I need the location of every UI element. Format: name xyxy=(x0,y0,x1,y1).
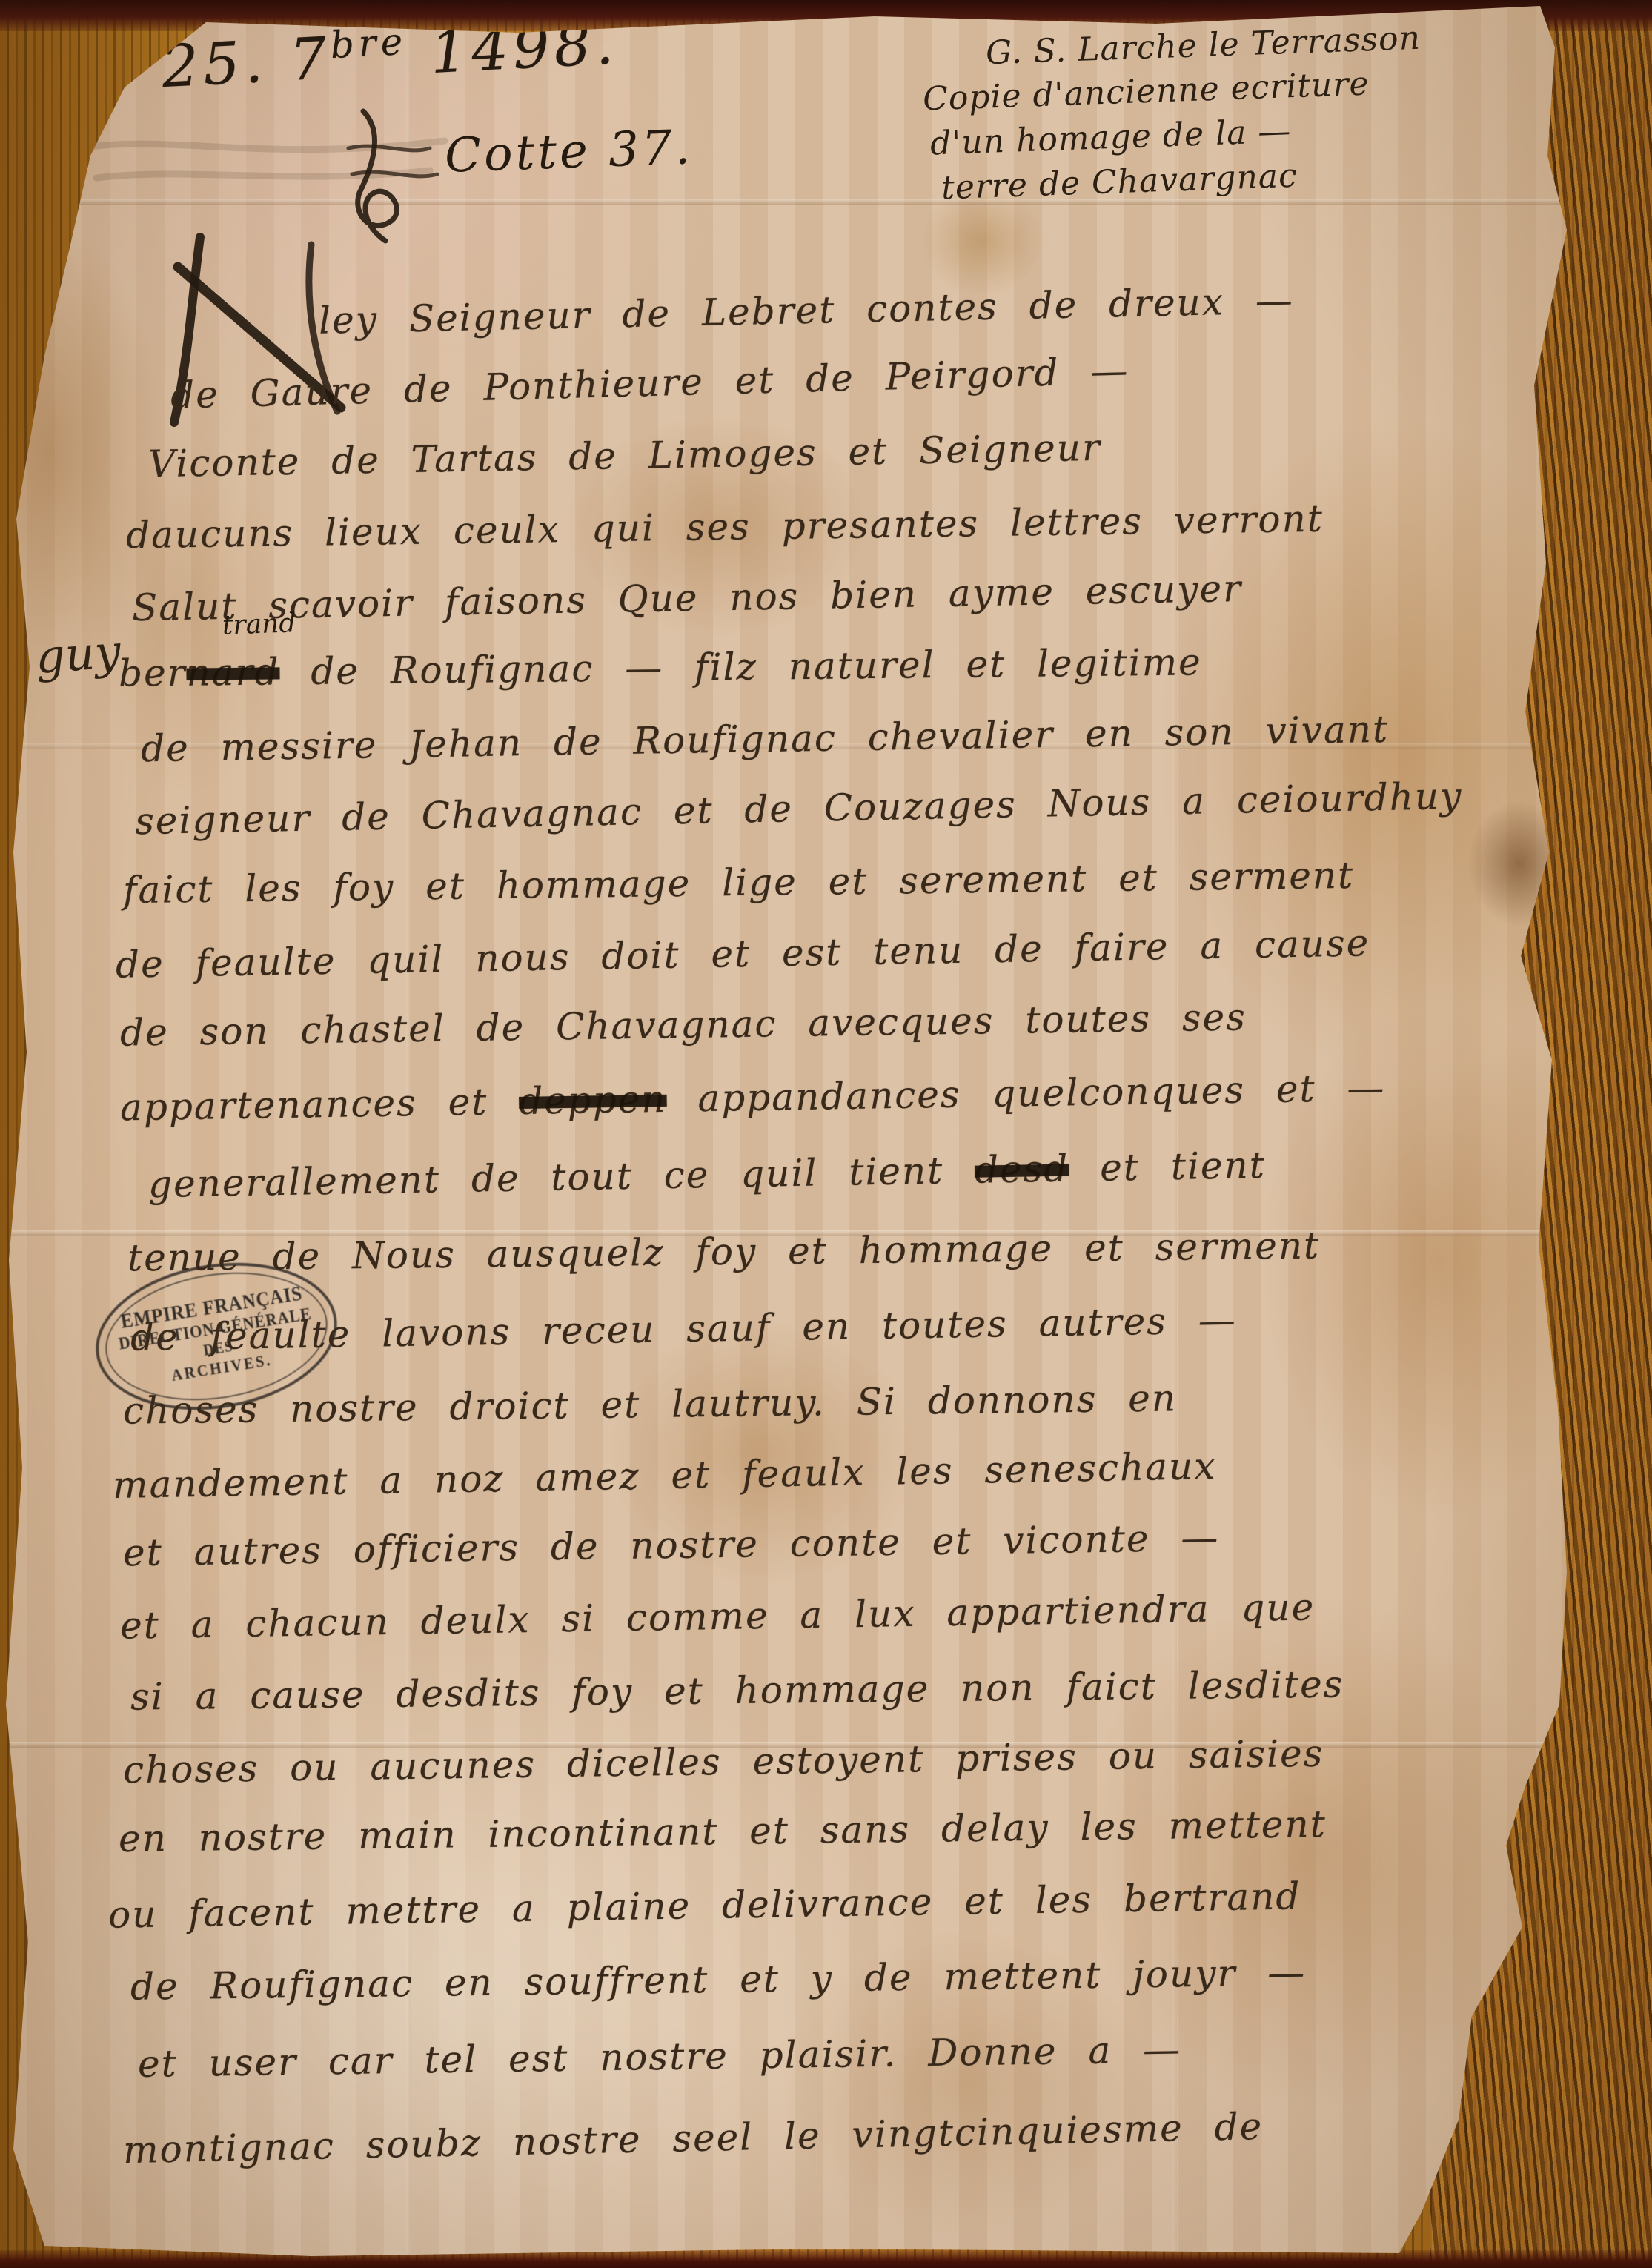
interline-insertion: trand xyxy=(222,608,296,640)
line-text: appandances quelconques et — xyxy=(666,1067,1386,1121)
manuscript-line: generallement de tout ce quil tient desd… xyxy=(148,1144,1267,1206)
manuscript-line: de messire Jehan de Roufignac chevalier … xyxy=(141,708,1390,770)
manuscript-line: de Roufignac en souffrent et y de metten… xyxy=(130,1951,1307,2008)
manuscript-line: ley Seigneur de Lebret contes de dreux — xyxy=(319,279,1295,342)
line-text: de Roufignac — filz naturel et legitime xyxy=(279,640,1202,693)
strikethrough-text: nard xyxy=(186,650,280,694)
archivist-note-line: Copie d'ancienne ecriture xyxy=(922,65,1370,119)
manuscript-line: mandement a noz amez et feaulx les senes… xyxy=(113,1445,1217,1507)
manuscript-line: appartenances et deppen appandances quel… xyxy=(120,1067,1386,1130)
manuscript-line: et user car tel est nostre plaisir. Donn… xyxy=(138,2028,1182,2086)
manuscript-line: si a cause desdits foy et hommage non fa… xyxy=(130,1662,1344,1718)
line-text: appartenances et xyxy=(120,1080,520,1129)
cote-number: Cotte 37. xyxy=(444,120,694,184)
archivist-note-line: terre de Chavargnac xyxy=(941,157,1298,208)
archivist-note-line: G. S. Larche le Terrasson xyxy=(985,19,1421,72)
paper-sheet: 25. 7bre 1498. Cotte 37. G. S. Larche le… xyxy=(0,0,1652,2268)
manuscript-line: ou facent mettre a plaine delivrance et … xyxy=(108,1874,1301,1936)
manuscript-line: choses ou aucunes dicelles estoyent pris… xyxy=(123,1732,1324,1792)
manuscript-photo: 25. 7bre 1498. Cotte 37. G. S. Larche le… xyxy=(0,0,1652,2268)
margin-note: guy xyxy=(34,624,122,684)
manuscript-line: bernard de Roufignac — filz naturel et l… xyxy=(119,640,1202,694)
manuscript-line: faict les foy et hommage lige et seremen… xyxy=(123,854,1355,912)
manuscript-line: en nostre main incontinant et sans delay… xyxy=(119,1803,1327,1860)
ink-bleedthrough xyxy=(74,89,460,193)
fold-crease xyxy=(1172,0,1177,2268)
manuscript-line: daucuns lieux ceulx qui ses presantes le… xyxy=(126,497,1324,557)
fold-crease xyxy=(0,199,1652,205)
line-text: et tient xyxy=(1069,1144,1266,1190)
manuscript-line: de Gaure de Ponthieure et de Peirgord — xyxy=(170,349,1129,417)
manuscript-line: et a chacun deulx si comme a lux apparti… xyxy=(120,1585,1316,1647)
manuscript-line: Viconte de Tartas de Limoges et Seigneur xyxy=(148,426,1102,485)
strikethrough-text: desd xyxy=(975,1147,1069,1191)
manuscript-line: montignac soubz nostre seel le vingtcinq… xyxy=(123,2105,1264,2172)
archivist-note-line: d'un homage de la — xyxy=(929,113,1292,163)
manuscript-line: tenue de Nous ausquelz foy et hommage et… xyxy=(127,1224,1321,1280)
manuscript-line: de feaulte quil nous doit et est tenu de… xyxy=(116,921,1370,987)
manuscript-line: et autres officiers de nostre conte et v… xyxy=(123,1516,1220,1575)
strikethrough-text: deppen xyxy=(519,1078,667,1123)
manuscript-line: de son chastel de Chavagnac avecques tou… xyxy=(120,995,1247,1054)
manuscript-line: Salut scavoir faisons Que nos bien ayme … xyxy=(132,567,1243,629)
line-text: generallement de tout ce quil tient xyxy=(148,1149,975,1206)
line-text: ber xyxy=(119,651,187,695)
manuscript-line: seigneur de Chavagnac et de Couzages Nou… xyxy=(135,775,1463,843)
